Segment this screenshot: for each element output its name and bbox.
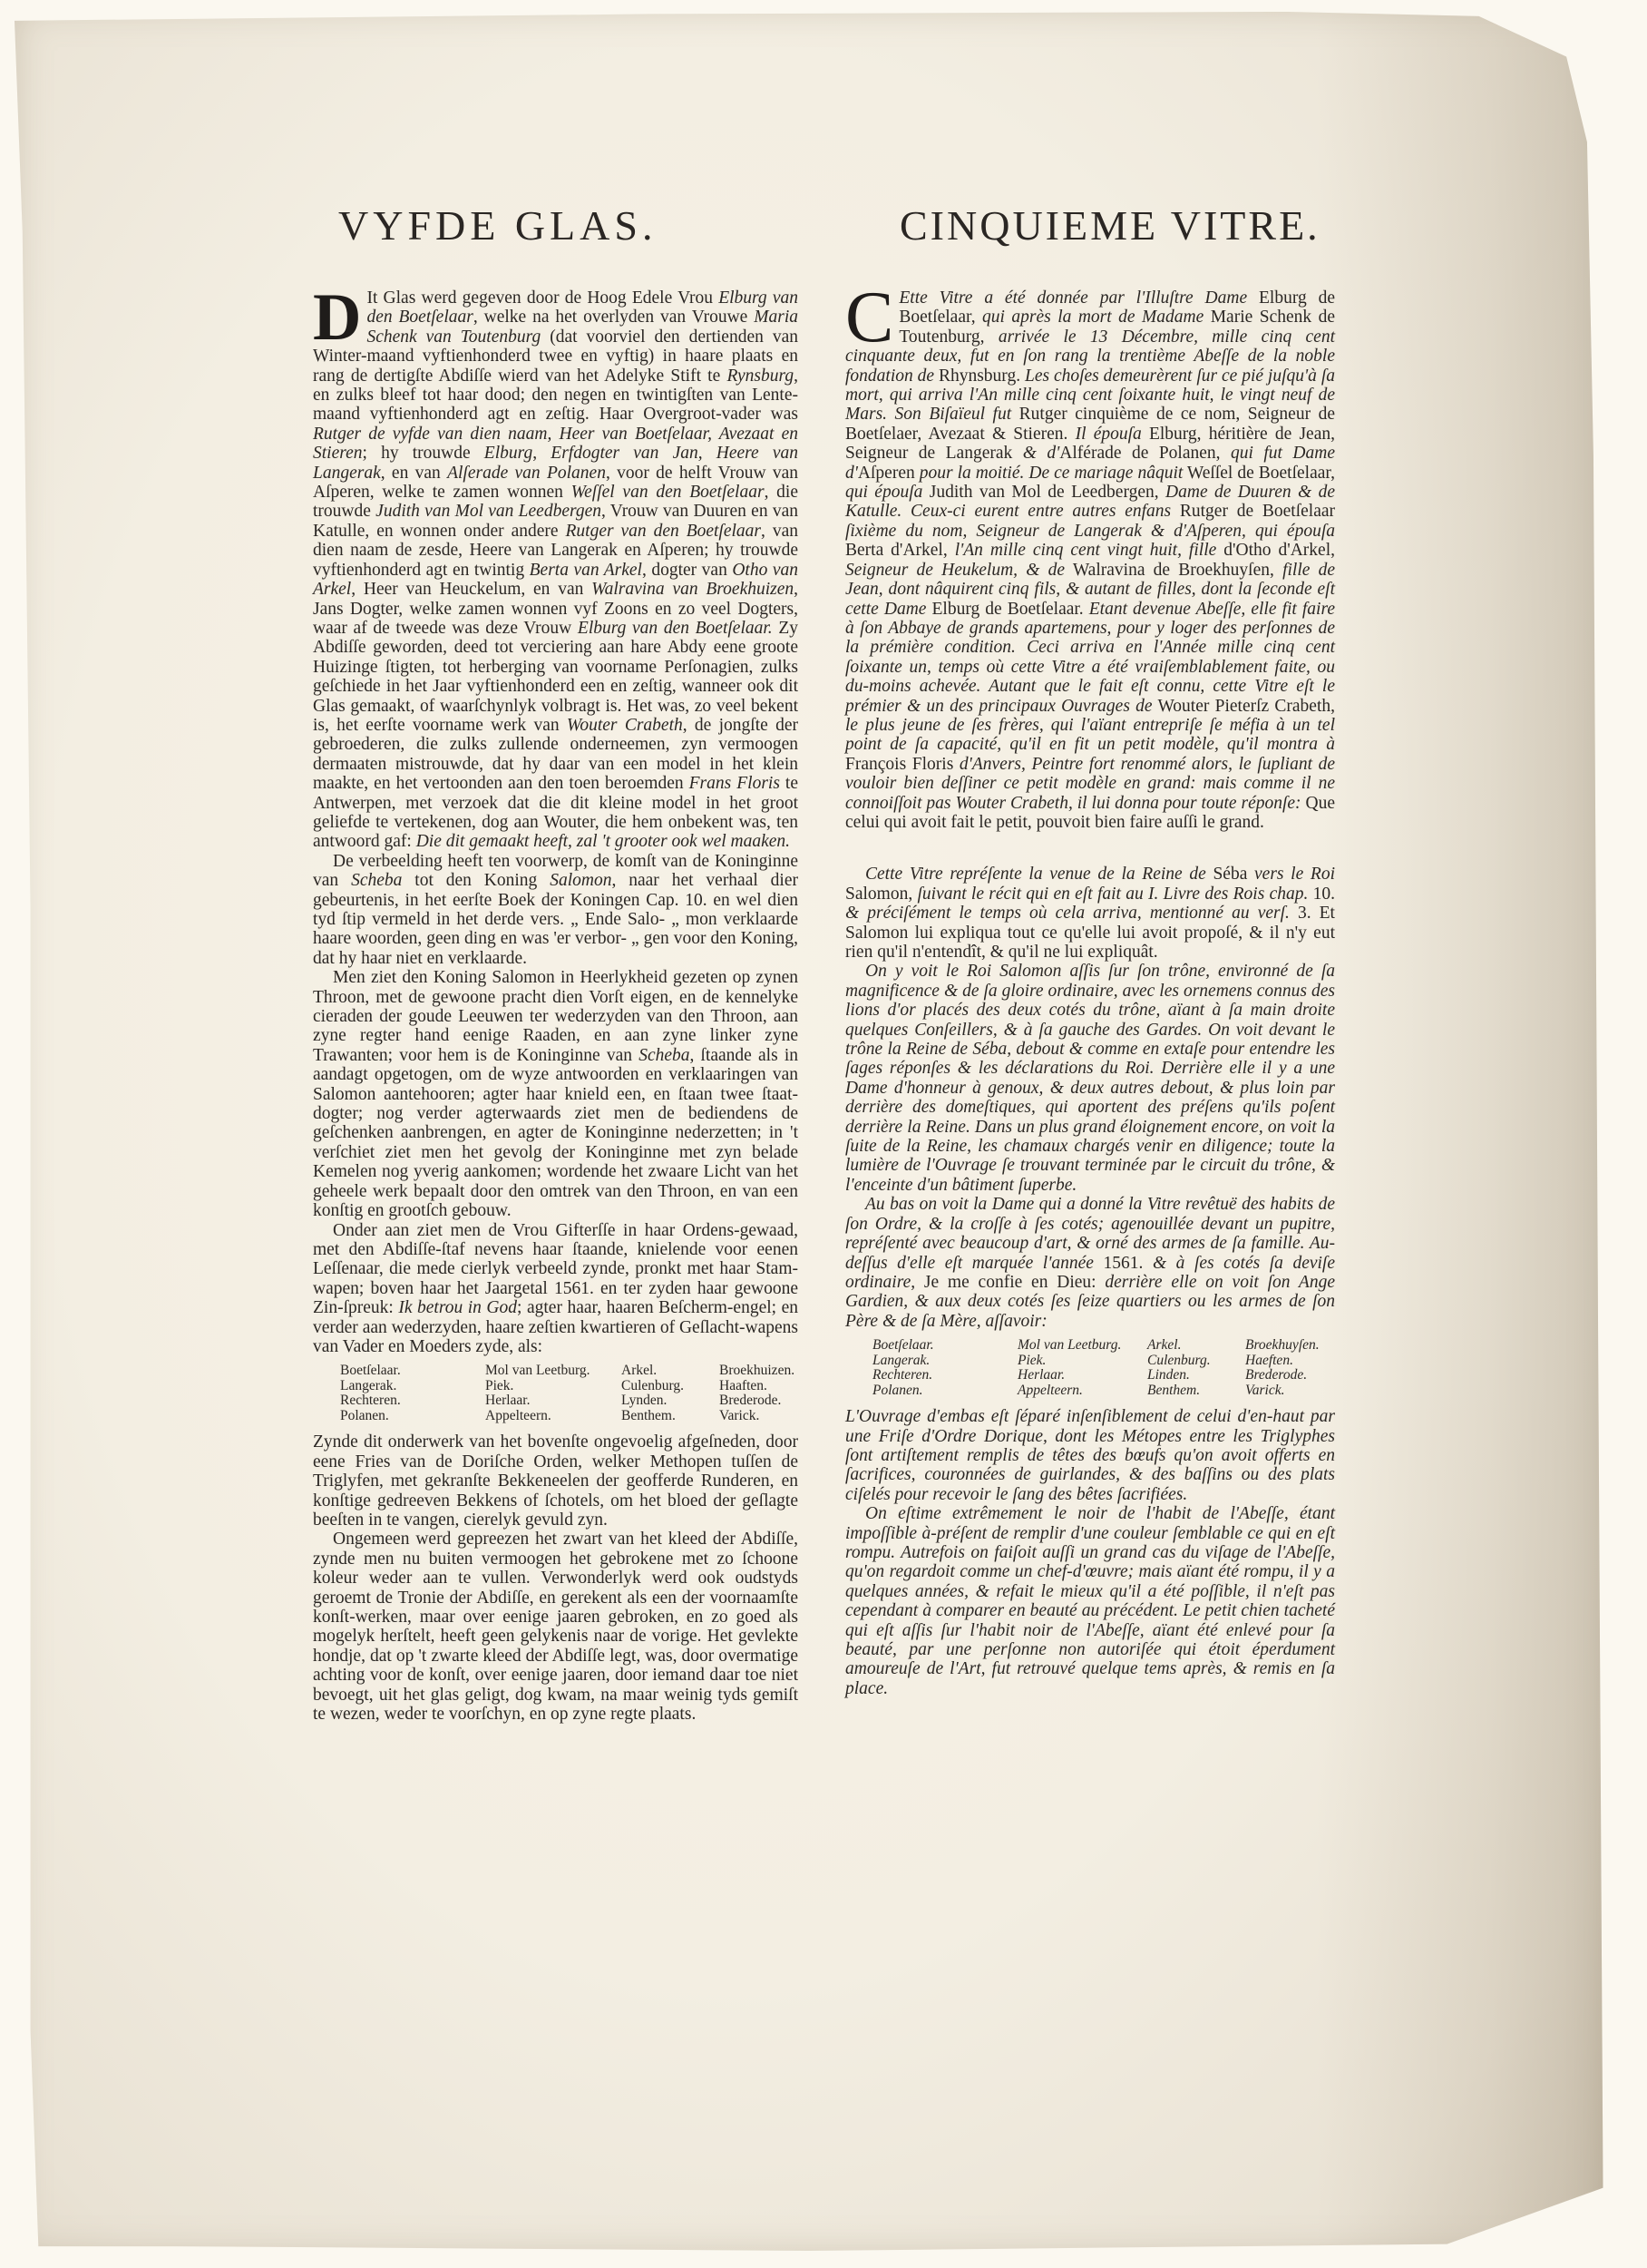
coat-of-arms-entry: Benthem.: [621, 1409, 719, 1424]
french-coat-of-arms-list: Boetſelaar.Mol van Leetburg.Arkel.Broekh…: [845, 1331, 1335, 1407]
coat-of-arms-entry: Piek.: [1018, 1354, 1147, 1369]
coat-of-arms-entry: Polanen.: [340, 1409, 485, 1424]
coat-of-arms-entry: Mol van Leetburg.: [1018, 1338, 1147, 1354]
coat-of-arms-entry: Arkel.: [1147, 1338, 1245, 1354]
coat-of-arms-entry: Langerak.: [340, 1379, 485, 1394]
french-body: C Ette Vitre a été donnée par l'Illuſtre…: [845, 288, 1335, 1698]
paper-sheet: [15, 7, 1606, 2255]
coat-of-arms-entry: Polanen.: [872, 1383, 1018, 1399]
coat-of-arms-entry: Brederode.: [719, 1393, 819, 1409]
french-drop-cap: C: [845, 290, 893, 345]
coat-of-arms-entry: Culenburg.: [1147, 1354, 1245, 1369]
coat-of-arms-entry: Mol van Leetburg.: [485, 1364, 621, 1379]
coat-of-arms-entry: Broekhuizen.: [719, 1364, 819, 1379]
coat-of-arms-entry: Piek.: [485, 1379, 621, 1394]
coat-of-arms-entry: Langerak.: [872, 1354, 1018, 1369]
dutch-paragraph-4: Onder aan ziet men de Vrou Gifterſſe in …: [313, 1221, 798, 1357]
coat-of-arms-entry: Broekhuyſen.: [1245, 1338, 1345, 1354]
dutch-body: D It Glas werd gegeven door de Hoog Edel…: [313, 288, 798, 1724]
coat-of-arms-entry: Appelteern.: [485, 1409, 621, 1424]
french-paragraph-5: L'Ouvrage d'embas eſt ſéparé inſenſiblem…: [845, 1407, 1335, 1504]
coat-of-arms-entry: Culenburg.: [621, 1379, 719, 1394]
coat-of-arms-entry: Boetſelaar.: [340, 1364, 485, 1379]
coat-of-arms-entry: Linden.: [1147, 1368, 1245, 1383]
section-gap: [845, 832, 1335, 865]
dutch-paragraph-3: Men ziet den Koning Salomon in Heerlykhe…: [313, 968, 798, 1220]
french-paragraph-4: Au bas on voit la Dame qui a donné la Vi…: [845, 1195, 1335, 1331]
coat-of-arms-entry: Rechteren.: [872, 1368, 1018, 1383]
coat-of-arms-entry: Appelteern.: [1018, 1383, 1147, 1399]
dutch-paragraph-1: D It Glas werd gegeven door de Hoog Edel…: [313, 288, 798, 852]
coat-of-arms-entry: Herlaar.: [1018, 1368, 1147, 1383]
coat-of-arms-entry: Haeften.: [1245, 1354, 1345, 1369]
coat-of-arms-entry: Arkel.: [621, 1364, 719, 1379]
coat-of-arms-entry: Varick.: [1245, 1383, 1345, 1399]
french-paragraph-6: On eſtime extrêmement le noir de l'habit…: [845, 1504, 1335, 1698]
coat-of-arms-entry: Rechteren.: [340, 1393, 485, 1409]
paper-discoloration: [1316, 7, 1606, 2255]
french-paragraph-3: On y voit le Roi Salomon aſſis ſur ſon t…: [845, 962, 1335, 1195]
coat-of-arms-entry: Brederode.: [1245, 1368, 1345, 1383]
coat-of-arms-entry: Benthem.: [1147, 1383, 1245, 1399]
french-paragraph-2: Cette Vitre repréſente la venue de la Re…: [845, 865, 1335, 962]
coat-of-arms-entry: Haaften.: [719, 1379, 819, 1394]
dutch-paragraph-6: Ongemeen werd gepreezen het zwart van he…: [313, 1530, 798, 1724]
coat-of-arms-entry: Boetſelaar.: [872, 1338, 1018, 1354]
coat-of-arms-entry: Lynden.: [621, 1393, 719, 1409]
dutch-title: VYFDE GLAS.: [338, 216, 657, 235]
dutch-coat-of-arms-list: Boetſelaar.Mol van Leetburg.Arkel.Broekh…: [313, 1356, 798, 1432]
french-title: CINQUIEME VITRE.: [900, 216, 1321, 235]
dutch-paragraph-5: Zynde dit onderwerk van het bovenſte ong…: [313, 1432, 798, 1530]
coat-of-arms-entry: Herlaar.: [485, 1393, 621, 1409]
dutch-paragraph-2: De verbeelding heeft ten voorwerp, de ko…: [313, 852, 798, 968]
dutch-drop-cap: D: [313, 290, 361, 345]
french-paragraph-1: C Ette Vitre a été donnée par l'Illuſtre…: [845, 288, 1335, 832]
coat-of-arms-entry: Varick.: [719, 1409, 819, 1424]
